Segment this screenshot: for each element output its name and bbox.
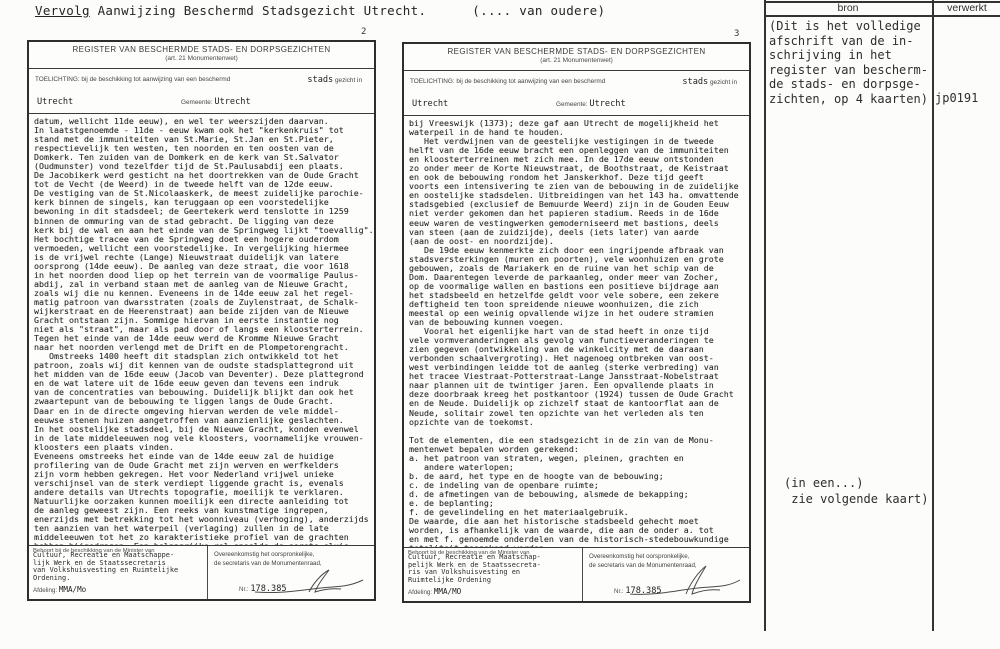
gemeente-row: Gemeente: Utrecht	[556, 99, 626, 109]
page-2-footer: Behoort bij de beschikking van de Minist…	[29, 545, 374, 599]
title-rest: Aanwijzing Beschermd Stadsgezicht Utrech…	[90, 3, 427, 18]
afdeling-label: Afdeling:	[33, 587, 57, 594]
register-subtitle: (art. 21 Monumentenwet)	[29, 55, 374, 62]
register-subtitle: (art. 21 Monumentenwet)	[404, 57, 749, 64]
register-header: REGISTER VAN BESCHERMDE STADS- EN DORPSG…	[404, 44, 749, 71]
column-header-bron: bron	[764, 2, 932, 14]
title-note: (.... van oudere)	[472, 3, 605, 18]
gezicht-label: gezicht in	[335, 77, 362, 84]
footer-divider	[582, 548, 583, 601]
footer-divider	[207, 546, 208, 599]
register-header: REGISTER VAN BESCHERMDE STADS- EN DORPSG…	[29, 42, 374, 69]
title-underlined-word: Vervolg	[35, 3, 90, 18]
afdeling-value: MMA/Mo	[59, 585, 86, 594]
signature-squiggle	[251, 562, 371, 596]
afdeling-value: MMA/MO	[434, 587, 461, 596]
overeenkomstig-line1: Overeenkomstig het oorspronkelijke,	[214, 550, 372, 559]
column-left-border	[764, 0, 766, 631]
page-number-3: 3	[734, 29, 739, 39]
afdeling-label: Afdeling:	[408, 589, 432, 596]
page-number-2: 2	[361, 27, 366, 37]
gezicht-type-value: stads	[307, 75, 333, 85]
register-title: REGISTER VAN BESCHERMDE STADS- EN DORPSG…	[29, 45, 374, 54]
gezicht-label: gezicht in	[710, 79, 737, 86]
bron-note: (Dit is het volledige afschrift van de i…	[769, 19, 928, 107]
gemeente-value: Utrecht	[589, 99, 625, 109]
gemeente-label: Gemeente:	[556, 101, 588, 108]
register-card-page-3: REGISTER VAN BESCHERMDE STADS- EN DORPSG…	[402, 42, 751, 603]
gemeente-row: Gemeente: Utrecht	[181, 97, 251, 107]
register-card-page-2: REGISTER VAN BESCHERMDE STADS- EN DORPSG…	[27, 40, 376, 601]
page-2-body-text: datum, wellicht 11de eeuw), en wel ter w…	[29, 114, 374, 545]
verwerkt-code: jp0191	[935, 91, 978, 105]
document-title: Vervolg Aanwijzing Beschermd Stadsgezich…	[35, 3, 605, 18]
page-3-footer: Behoort bij de beschikking van de Minist…	[404, 547, 749, 601]
afdeling-row: Afdeling: MMA/MO	[408, 587, 461, 596]
column-header-verwerkt: verwerkt	[934, 2, 1000, 14]
bron-verwerkt-column: bron verwerkt (Dit is het volledige afsc…	[764, 0, 1000, 631]
toelichting-section: TOELICHTING: bij de beschikking tot aanw…	[404, 71, 749, 116]
gezicht-type-value: stads	[682, 77, 708, 87]
nr-label: Nr.:	[239, 586, 249, 593]
toelichting-label: TOELICHTING: bij de beschikking tot aanw…	[410, 78, 605, 85]
toelichting-section: TOELICHTING: bij de beschikking tot aanw…	[29, 69, 374, 114]
place-value: Utrecht	[37, 97, 73, 107]
toelichting-row: TOELICHTING: bij de beschikking tot aanw…	[410, 78, 741, 85]
nr-label: Nr.:	[614, 588, 624, 595]
toelichting-row: TOELICHTING: bij de beschikking tot aanw…	[35, 76, 366, 83]
toelichting-label: TOELICHTING: bij de beschikking tot aanw…	[35, 76, 230, 83]
place-value: Utrecht	[412, 99, 448, 109]
register-title: REGISTER VAN BESCHERMDE STADS- EN DORPSG…	[404, 47, 749, 56]
ministry-typed-text: Cultuur, Recreatie en Maatschappe- lijk …	[33, 552, 178, 582]
signature-squiggle	[626, 560, 746, 598]
afdeling-row: Afdeling: MMA/Mo	[33, 585, 86, 594]
gemeente-label: Gemeente:	[181, 99, 213, 106]
page-3-body-text: bij Vreeswijk (1373); deze gaf aan Utrec…	[404, 116, 749, 547]
ministry-typed-text: Cultuur, Recreatie en Maatschap- pelijk …	[408, 554, 541, 584]
bron-note-2: (in een...) zie volgende kaart)	[784, 475, 929, 507]
column-middle-border	[932, 0, 934, 631]
gemeente-value: Utrecht	[214, 97, 250, 107]
column-header-border	[764, 15, 1000, 17]
